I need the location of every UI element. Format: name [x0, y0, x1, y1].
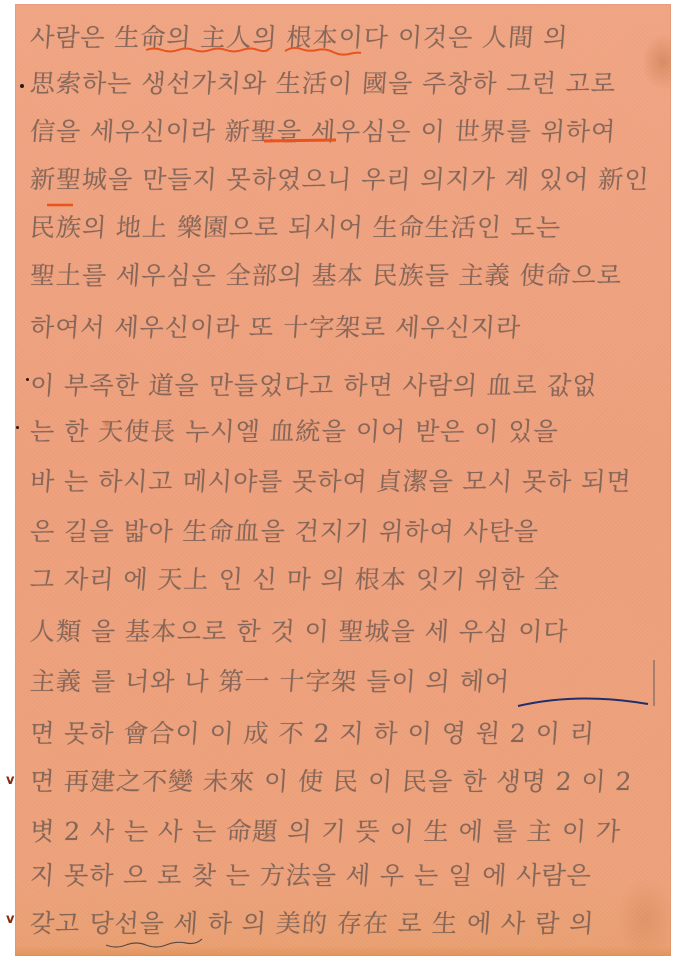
manuscript-line-1: 사람은 生命의 主人의 根本이다 이것은 人間 의 [29, 18, 662, 58]
manuscript-line-8: 이 부족한 道을 만들었다고 하면 사람의 血로 값없 [29, 366, 662, 406]
margin-check-mark: v [6, 912, 14, 927]
margin-check-mark: v [6, 773, 14, 788]
manuscript-line-15: 면 못하 會合이 이 成 不 2 지 하 이 영 원 2 이 리 [29, 714, 662, 754]
manuscript-line-10: 바 는 하시고 메시야를 못하여 貞潔을 모시 못하 되면 [29, 462, 662, 502]
manuscript-line-3: 信을 세우신이라 新聖을 세우심은 이 世界를 위하여 [29, 112, 662, 152]
manuscript-line-4: 新聖城을 만들지 못하였으니 우리 의지가 계 있어 新인 [29, 160, 662, 200]
paper-bottom-edge [15, 946, 671, 956]
manuscript-line-16: 면 再建之不變 未來 이 使 民 이 民을 한 생명 2 이 2 [29, 762, 662, 802]
scan-canvas: 사람은 生命의 主人의 根本이다 이것은 人間 의 思索하는 생선가치와 生活이… [0, 0, 686, 964]
manuscript-line-17: 볏 2 사 는 사 는 命題 의 기 뜻 이 生 에 를 主 이 가 [29, 812, 662, 852]
manuscript-line-6: 聖土를 세우심은 全部의 基本 民族들 主義 使命으로 [29, 256, 662, 296]
ink-speck [26, 378, 29, 381]
ink-speck [16, 426, 19, 429]
manuscript-line-18: 지 못하 으 로 찾 는 方法을 세 우 는 일 에 사람은 [29, 856, 662, 896]
manuscript-line-9: 는 한 天使長 누시엘 血統을 이어 받은 이 있을 [29, 412, 662, 452]
manuscript-line-19: 갖고 당선을 세 하 의 美的 存在 로 生 에 사 람 의 [29, 904, 662, 944]
manuscript-line-5: 民族의 地上 樂園으로 되시어 生命生活인 도는 [29, 208, 662, 248]
manuscript-line-2: 思索하는 생선가치와 生活이 國을 주창하 그런 고로 [29, 64, 662, 104]
ink-speck [20, 84, 24, 88]
manuscript-line-7: 하여서 세우신이라 또 十字架로 세우신지라 [29, 308, 662, 348]
manuscript-line-13: 人類 을 基本으로 한 것 이 聖城을 세 우심 이다 [29, 612, 662, 652]
manuscript-line-11: 은 길을 밟아 生命血을 건지기 위하여 사탄을 [29, 512, 662, 552]
manuscript-line-14: 主義 를 너와 나 第一 十字架 들이 의 헤어 [29, 662, 662, 702]
manuscript-line-12: 그 자리 에 天上 인 신 마 의 根本 잇기 위한 全 [29, 560, 662, 600]
